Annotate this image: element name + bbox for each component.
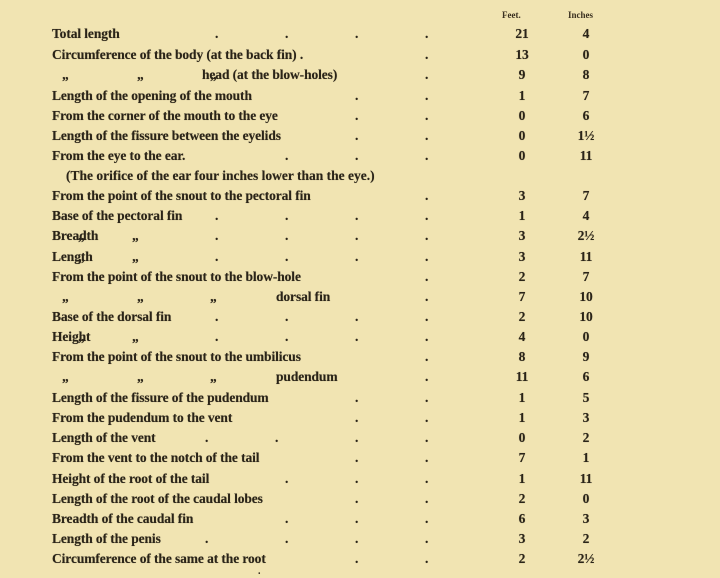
leader-dot: . — [355, 249, 358, 265]
table-row: From the point of the snout to the blow-… — [52, 269, 612, 289]
leader-dot: . — [355, 450, 358, 466]
table-row: Base of the pectoral fin....14 — [52, 208, 612, 228]
inches-value: 6 — [574, 369, 598, 385]
leader-dot: . — [425, 531, 428, 547]
feet-value: 3 — [512, 249, 532, 265]
feet-value: 1 — [512, 471, 532, 487]
inches-value: 2 — [574, 430, 598, 446]
table-row: Circumference of the same at the root..2… — [52, 551, 612, 571]
leader-dot: . — [205, 531, 208, 547]
table-row: From the eye to the ear....011 — [52, 148, 612, 168]
leader-dot: . — [425, 188, 428, 204]
table-row: „„„pudendum.116 — [52, 369, 612, 389]
inches-value: 11 — [574, 471, 598, 487]
ditto-mark: „ — [62, 67, 69, 83]
leader-dot: . — [425, 430, 428, 446]
row-label: From the vent to the notch of the tail — [52, 450, 259, 466]
inches-value: 3 — [574, 511, 598, 527]
feet-value: 3 — [512, 188, 532, 204]
leader-dot: . — [215, 249, 218, 265]
row-label: Breadth of the caudal fin — [52, 511, 193, 527]
leader-dot: . — [425, 369, 428, 385]
row-label: Length of the opening of the mouth — [52, 88, 252, 104]
leader-dot: . — [425, 309, 428, 325]
row-label: From the pudendum to the vent — [52, 410, 232, 426]
inches-value: 7 — [574, 88, 598, 104]
inches-value: 11 — [574, 148, 598, 164]
leader-dot: . — [355, 410, 358, 426]
feet-value: 2 — [512, 309, 532, 325]
inches-value: 7 — [574, 188, 598, 204]
ditto-mark: „ — [137, 289, 144, 305]
feet-value: 7 — [512, 450, 532, 466]
leader-dot: . — [425, 249, 428, 265]
row-label: Length of the root of the caudal lobes — [52, 491, 263, 507]
table-row: From the pudendum to the vent..13 — [52, 410, 612, 430]
inches-value: 4 — [574, 26, 598, 42]
ditto-mark: „ — [210, 369, 217, 385]
inches-value: 0 — [574, 47, 598, 63]
leader-dot: . — [425, 450, 428, 466]
row-label: Length of the fissure of the pudendum — [52, 390, 269, 406]
table-row: From the corner of the mouth to the eye.… — [52, 108, 612, 128]
table-row: From the vent to the notch of the tail..… — [52, 450, 612, 470]
leader-dot: . — [355, 430, 358, 446]
leader-dot: . — [425, 108, 428, 124]
inches-value: 2½ — [574, 551, 598, 567]
leader-dot: . — [425, 329, 428, 345]
row-label: dorsal fin — [276, 289, 330, 305]
table-row: Length of the fissure between the eyelid… — [52, 128, 612, 148]
feet-value: 3 — [512, 531, 532, 547]
table-row: Length of the penis....32 — [52, 531, 612, 551]
table-row: „„Breadth....32½ — [52, 228, 612, 248]
leader-dot: . — [425, 491, 428, 507]
row-label: Height of the root of the tail — [52, 471, 209, 487]
table-row: „„„dorsal fin.710 — [52, 289, 612, 309]
inches-value: 8 — [574, 67, 598, 83]
row-label: From the point of the snout to the umbil… — [52, 349, 301, 365]
leader-dot: . — [355, 128, 358, 144]
ditto-mark: „ — [137, 67, 144, 83]
leader-dot: . — [355, 26, 358, 42]
row-label: Height — [52, 329, 90, 345]
table-row: „„Length....311 — [52, 249, 612, 269]
leader-dot: . — [355, 88, 358, 104]
inches-value: 7 — [574, 269, 598, 285]
leader-dot: . — [425, 47, 428, 63]
row-label: Base of the dorsal fin — [52, 309, 171, 325]
leader-dot: . — [425, 289, 428, 305]
leader-dot: . — [355, 491, 358, 507]
leader-dot: . — [425, 228, 428, 244]
table-row: Base of the dorsal fin....210 — [52, 309, 612, 329]
table-row: „„Height....40 — [52, 329, 612, 349]
ditto-mark: „ — [62, 289, 69, 305]
table-row: From the point of the snout to the umbil… — [52, 349, 612, 369]
row-label: pudendum — [276, 369, 338, 385]
print-speck: . — [258, 566, 261, 577]
feet-value: 7 — [512, 289, 532, 305]
leader-dot: . — [425, 471, 428, 487]
row-label: From the point of the snout to the blow-… — [52, 269, 301, 285]
feet-value: 1 — [512, 390, 532, 406]
leader-dot: . — [355, 511, 358, 527]
feet-value: 1 — [512, 410, 532, 426]
leader-dot: . — [285, 26, 288, 42]
leader-dot: . — [285, 309, 288, 325]
feet-value: 9 — [512, 67, 532, 83]
leader-dot: . — [355, 329, 358, 345]
row-label: Circumference of the same at the root — [52, 551, 266, 567]
leader-dot: . — [425, 551, 428, 567]
feet-value: 13 — [512, 47, 532, 63]
table-footnote: (The orifice of the ear four inches lowe… — [66, 168, 375, 184]
row-label: Breadth — [52, 228, 98, 244]
feet-value: 6 — [512, 511, 532, 527]
row-label: From the point of the snout to the pecto… — [52, 188, 311, 204]
table-row: Height of the root of the tail...111 — [52, 471, 612, 491]
leader-dot: . — [425, 67, 428, 83]
leader-dot: . — [355, 471, 358, 487]
leader-dot: . — [285, 249, 288, 265]
row-label: Length of the penis — [52, 531, 161, 547]
inches-value: 9 — [574, 349, 598, 365]
leader-dot: . — [355, 148, 358, 164]
leader-dot: . — [425, 349, 428, 365]
leader-dot: . — [215, 228, 218, 244]
row-label: From the corner of the mouth to the eye — [52, 108, 278, 124]
leader-dot: . — [215, 309, 218, 325]
leader-dot: . — [425, 269, 428, 285]
leader-dot: . — [285, 329, 288, 345]
row-label: From the eye to the ear. — [52, 148, 185, 164]
feet-value: 2 — [512, 269, 532, 285]
leader-dot: . — [355, 108, 358, 124]
feet-value: 0 — [512, 108, 532, 124]
feet-value: 4 — [512, 329, 532, 345]
inches-value: 2½ — [574, 228, 598, 244]
inches-value: 10 — [574, 289, 598, 305]
table-row: Length of the opening of the mouth..17 — [52, 88, 612, 108]
ditto-mark: „ — [132, 329, 139, 345]
leader-dot: . — [425, 148, 428, 164]
inches-value: 10 — [574, 309, 598, 325]
table-row: From the point of the snout to the pecto… — [52, 188, 612, 208]
row-label: Length of the vent — [52, 430, 156, 446]
table-row: Circumference of the body (at the back f… — [52, 47, 612, 67]
row-label: Total length — [52, 26, 120, 42]
leader-dot: . — [285, 531, 288, 547]
table-row: Length of the vent....02 — [52, 430, 612, 450]
leader-dot: . — [285, 208, 288, 224]
ditto-mark: „ — [210, 289, 217, 305]
feet-value: 1 — [512, 88, 532, 104]
leader-dot: . — [425, 208, 428, 224]
column-header-inches: Inches — [568, 10, 593, 20]
table-row: Total length....214 — [52, 26, 612, 46]
leader-dot: . — [285, 471, 288, 487]
inches-value: 0 — [574, 491, 598, 507]
feet-value: 2 — [512, 551, 532, 567]
leader-dot: . — [425, 26, 428, 42]
leader-dot: . — [285, 148, 288, 164]
leader-dot: . — [355, 208, 358, 224]
leader-dot: . — [425, 128, 428, 144]
feet-value: 21 — [512, 26, 532, 42]
feet-value: 11 — [512, 369, 532, 385]
ditto-mark: „ — [137, 369, 144, 385]
table-row: Breadth of the caudal fin...63 — [52, 511, 612, 531]
row-label: Length — [52, 249, 93, 265]
feet-value: 1 — [512, 208, 532, 224]
leader-dot: . — [425, 390, 428, 406]
row-label: Circumference of the body (at the back f… — [52, 47, 303, 63]
leader-dot: . — [205, 430, 208, 446]
inches-value: 4 — [574, 208, 598, 224]
leader-dot: . — [215, 329, 218, 345]
leader-dot: . — [425, 410, 428, 426]
leader-dot: . — [425, 511, 428, 527]
leader-dot: . — [285, 511, 288, 527]
inches-value: 2 — [574, 531, 598, 547]
feet-value: 0 — [512, 148, 532, 164]
measurement-table-page: Feet. Inches Total length....214Circumfe… — [0, 0, 720, 578]
inches-value: 0 — [574, 329, 598, 345]
leader-dot: . — [285, 228, 288, 244]
inches-value: 6 — [574, 108, 598, 124]
inches-value: 1½ — [574, 128, 598, 144]
inches-value: 1 — [574, 450, 598, 466]
feet-value: 8 — [512, 349, 532, 365]
inches-value: 5 — [574, 390, 598, 406]
leader-dot: . — [275, 430, 278, 446]
row-label: Base of the pectoral fin — [52, 208, 182, 224]
leader-dot: . — [355, 309, 358, 325]
table-row: „„„head (at the blow-holes).98 — [52, 67, 612, 87]
feet-value: 3 — [512, 228, 532, 244]
feet-value: 0 — [512, 128, 532, 144]
row-label: head (at the blow-holes) — [202, 67, 337, 83]
ditto-mark: „ — [62, 369, 69, 385]
inches-value: 3 — [574, 410, 598, 426]
feet-value: 2 — [512, 491, 532, 507]
leader-dot: . — [425, 88, 428, 104]
leader-dot: . — [355, 390, 358, 406]
column-header-feet: Feet. — [502, 10, 521, 20]
leader-dot: . — [355, 551, 358, 567]
leader-dot: . — [215, 208, 218, 224]
ditto-mark: „ — [132, 249, 139, 265]
ditto-mark: „ — [132, 228, 139, 244]
table-row: Length of the root of the caudal lobes..… — [52, 491, 612, 511]
inches-value: 11 — [574, 249, 598, 265]
row-label: Length of the fissure between the eyelid… — [52, 128, 281, 144]
table-row: Length of the fissure of the pudendum..1… — [52, 390, 612, 410]
leader-dot: . — [355, 531, 358, 547]
leader-dot: . — [355, 228, 358, 244]
feet-value: 0 — [512, 430, 532, 446]
leader-dot: . — [215, 26, 218, 42]
